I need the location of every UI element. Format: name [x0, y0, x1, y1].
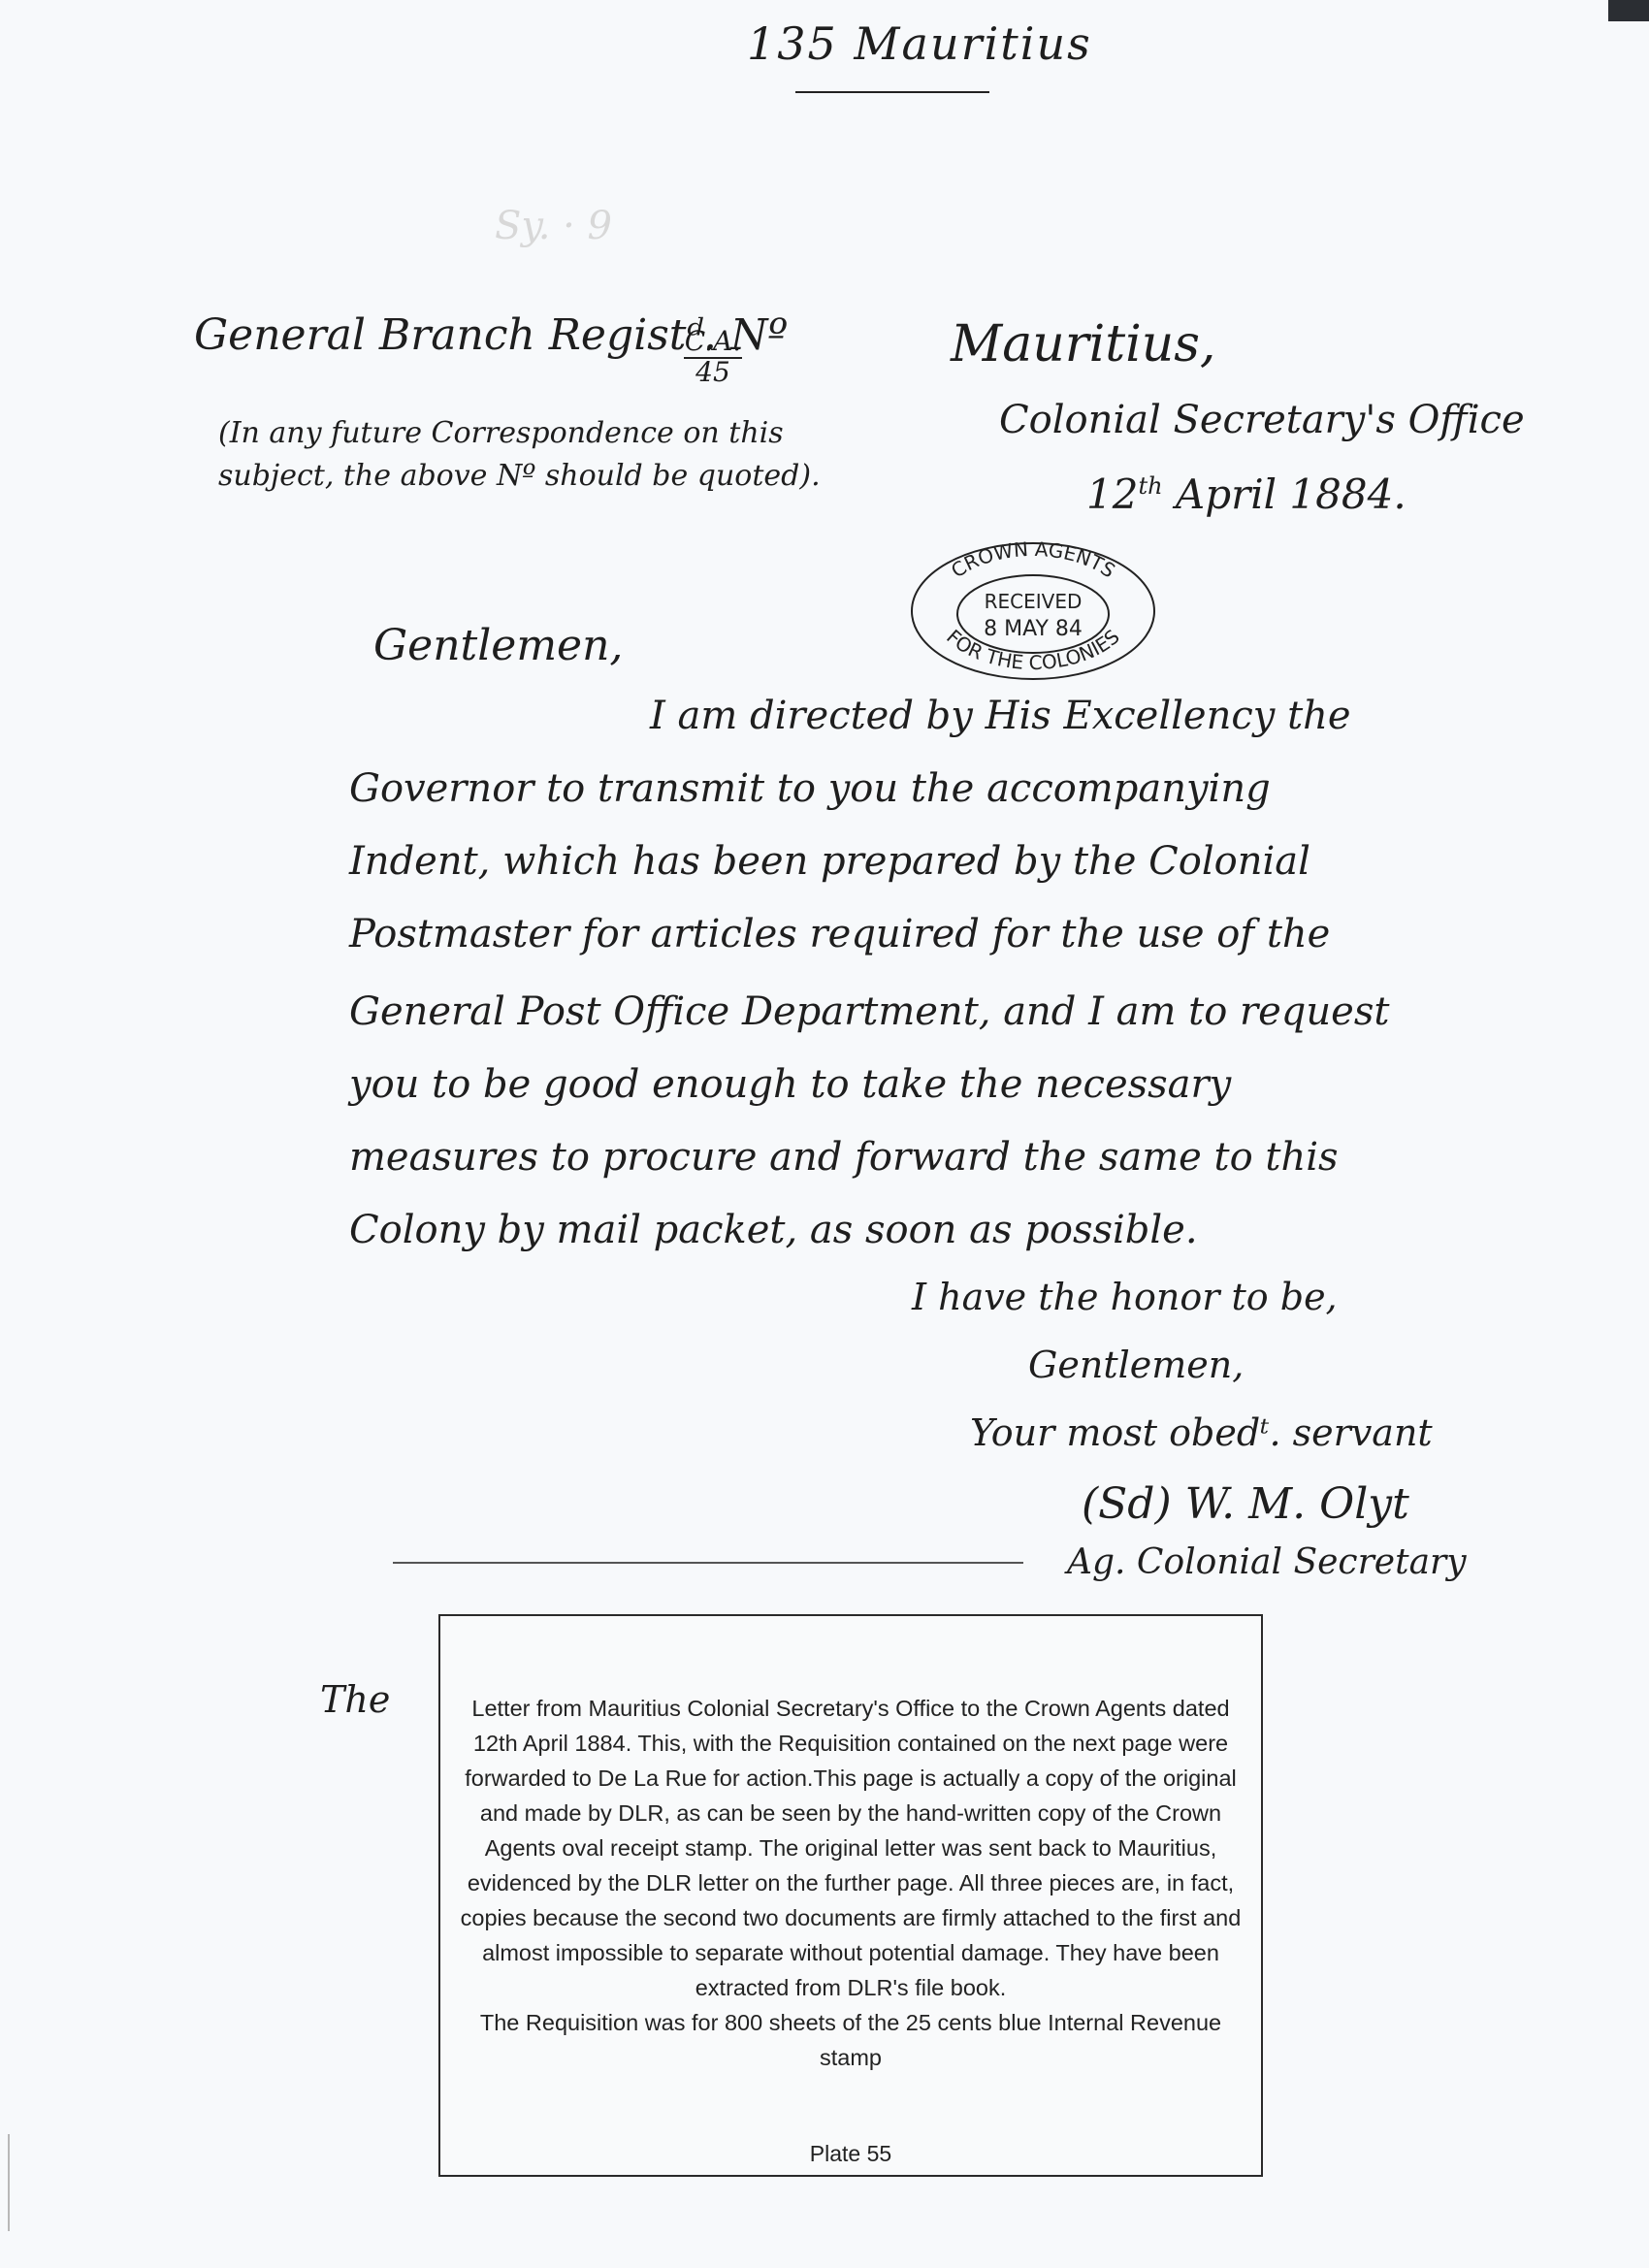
letterhead-office: Colonial Secretary's Office [999, 398, 1525, 442]
faint-pencil-mark: Sy. · 9 [495, 204, 612, 248]
letter-closing-line: I have the honor to be, [912, 1276, 1338, 1318]
letter-body-line: General Post Office Department, and I am… [349, 989, 1389, 1034]
caption-text: Letter from Mauritius Colonial Secretary… [440, 1691, 1261, 2075]
page-header-title: 135 Mauritius [747, 17, 1092, 70]
letter-body-line: I am directed by His Excellency the [650, 694, 1351, 738]
stamp-inner-date: 8 MAY 84 [984, 617, 1083, 641]
caption-box: Letter from Mauritius Colonial Secretary… [438, 1614, 1263, 2177]
date-day: 12 [1086, 470, 1138, 518]
date-rest: April 1884. [1176, 470, 1406, 518]
trailing-word: The [320, 1678, 390, 1721]
signature: (Sd) W. M. Olyt [1082, 1479, 1409, 1529]
letter-closing-line: Gentlemen, [1028, 1344, 1244, 1386]
reference-number-top: C.A. [684, 328, 742, 359]
reference-number-bottom: 45 [695, 356, 730, 388]
letter-closing-line: Your most obedᵗ. servant [970, 1411, 1433, 1454]
scan-edge-shadow [1608, 0, 1649, 21]
reference-note: (In any future Correspondence on this su… [218, 412, 839, 498]
signature-rule [393, 1562, 1023, 1564]
stamp-inner-label: RECEIVED [985, 590, 1083, 613]
plate-number: Plate 55 [440, 2141, 1261, 2167]
scan-edge-line [8, 2134, 10, 2231]
caption-paragraph: Letter from Mauritius Colonial Secretary… [448, 1691, 1253, 2005]
letter-body-line: Indent, which has been prepared by the C… [349, 839, 1310, 884]
caption-paragraph: The Requisition was for 800 sheets of th… [448, 2005, 1253, 2075]
letter-salutation: Gentlemen, [373, 621, 623, 670]
signature-title: Ag. Colonial Secretary [1067, 1542, 1467, 1582]
crown-agents-oval-stamp: CROWN AGENTS FOR THE COLONIES RECEIVED 8… [907, 538, 1159, 684]
header-underline [795, 91, 989, 93]
letter-body-line: you to be good enough to take the necess… [349, 1062, 1231, 1107]
letter-body-line: Postmaster for articles required for the… [349, 912, 1330, 956]
letter-body-line: measures to procure and forward the same… [349, 1135, 1339, 1180]
letter-body-line: Colony by mail packet, as soon as possib… [349, 1208, 1198, 1252]
date-suffix: th [1138, 472, 1162, 500]
letterhead-place: Mauritius, [951, 315, 1215, 373]
reference-number: C.A. 45 [684, 328, 742, 386]
letter-body-line: Governor to transmit to you the accompan… [349, 766, 1271, 811]
letter-date: 12th April 1884. [1086, 470, 1406, 518]
